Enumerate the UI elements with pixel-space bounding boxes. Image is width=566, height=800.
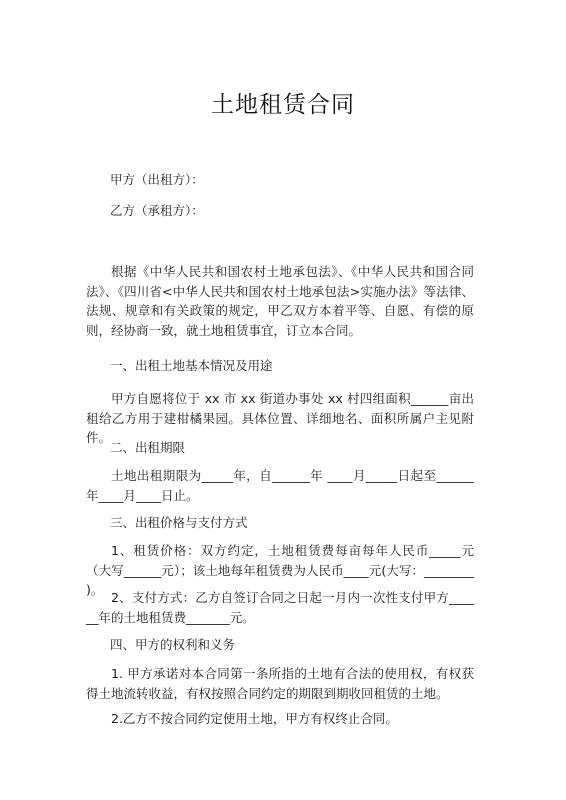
section-4-paragraph-1: 1. 甲方承诺对本合同第一条所指的土地有合法的使用权，有权获得土地流转收益，有权…	[86, 664, 474, 703]
party-a-label: 甲方（出租方）：	[110, 170, 204, 189]
section-1-heading: 一、出租土地基本情况及用途	[110, 356, 273, 375]
section-2-heading: 二、出租期限	[110, 438, 185, 457]
preamble-paragraph: 根据《中华人民共和国农村土地承包法》、《中华人民共和国合同法》、《四川省<中华人…	[86, 262, 474, 340]
section-3-paragraph-2: 2、支付方式：乙方自签订合同之日起一月内一次性支付甲方______年的土地租赁费…	[86, 588, 474, 627]
section-4-heading: 四、甲方的权利和义务	[110, 635, 235, 654]
section-2-paragraph-1: 土地出租期限为_____年，自______年 ____月_____日起至____…	[86, 466, 474, 505]
document-title: 土地租赁合同	[0, 86, 566, 119]
section-4-paragraph-2: 2.乙方不按合同约定使用土地，甲方有权终止合同。	[86, 709, 474, 729]
document-page: 土地租赁合同 甲方（出租方）： 乙方（承租方）： 根据《中华人民共和国农村土地承…	[0, 0, 566, 800]
party-b-label: 乙方（承租方）：	[110, 201, 204, 220]
section-3-heading: 三、出租价格与支付方式	[110, 513, 248, 532]
